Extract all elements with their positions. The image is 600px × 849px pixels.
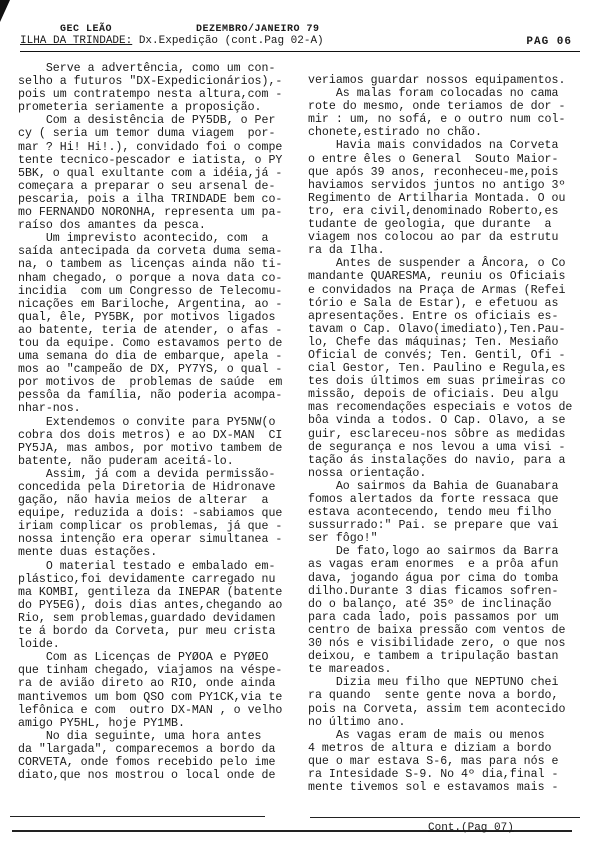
text-line: do PY5EG), dois dias antes,chegando ao: [18, 599, 296, 612]
text-line: Dizia meu filho que NEPTUNO chei: [308, 676, 598, 689]
article-subtitle: Dx.Expedição (cont.Pag 02-A): [132, 35, 323, 47]
text-line: nossa intenção era operar simultanea -: [18, 533, 296, 546]
text-line: lo, Chefe das máquinas; Ten. Mesiaño: [308, 336, 598, 349]
text-line: mente tivemos sol e estavamos mais -: [308, 781, 598, 794]
text-line: que tinham chegado, viajamos na véspe-: [18, 664, 296, 677]
text-line: 30 nós e visibilidade zero, o que nos: [308, 637, 598, 650]
text-line: na, o tambem as licenças ainda não ti-: [18, 258, 296, 271]
text-line: chonete,estirado no chão.: [308, 126, 598, 139]
text-line: mantivemos um bom QSO com PY1CK,via te: [18, 691, 296, 704]
text-line: nicações em Bariloche, Argentina, ao -: [18, 298, 296, 311]
continuation-note: Cont.(Pag 07): [428, 822, 514, 834]
text-line: cy ( seria um temor duma viagem por-: [18, 127, 296, 140]
issue-date: DEZEMBRO/JANEIRO 79: [196, 24, 320, 35]
text-line: começara a preparar o seu arsenal de-: [18, 180, 296, 193]
text-line: De fato,logo ao sairmos da Barra: [308, 545, 598, 558]
text-line: O material testado e embalado em-: [18, 560, 296, 573]
text-line: 4 metros de altura e diziam a bordo: [308, 742, 598, 755]
text-line: tes dois últimos em suas primeiras co: [308, 375, 598, 388]
text-line: que o mar estava S-6, mas para nós e: [308, 755, 598, 768]
text-line: as vagas eram enormes e a prôa afun: [308, 558, 598, 571]
text-line: nham chegado, o porque a nova data co-: [18, 272, 296, 285]
text-line: Regimento de Artilharia Montada. O ou: [308, 192, 598, 205]
text-line: selho a futuros "DX-Expedicionários),-: [18, 75, 296, 88]
text-line: mar ? Hi! Hi!.), convidado foi o compe: [18, 141, 296, 154]
text-line: o entre êles o General Souto Maior-: [308, 153, 598, 166]
text-line: Extendemos o convite para PY5NW(o: [18, 416, 296, 429]
text-line: guir, esclareceu-nos sôbre as medidas: [308, 428, 598, 441]
text-line: prometeria seriamente a proposição.: [18, 101, 296, 114]
text-line: tro, era civil,denominado Roberto,es: [308, 205, 598, 218]
text-line: nhar-nos.: [18, 402, 296, 415]
text-line: Antes de suspender a Âncora, o Co: [308, 257, 598, 270]
text-line: Com a desistência de PY5DB, o Per: [18, 114, 296, 127]
text-line: tudante de geologia, que durante a: [308, 218, 598, 231]
text-line: viagem nos colocou ao par da estrutu: [308, 231, 598, 244]
text-line: qual, êle, PY5BK, por motivos ligados: [18, 311, 296, 324]
text-line: Um imprevisto acontecido, com a: [18, 232, 296, 245]
text-line: amigo PY5HL, hoje PY1MB.: [18, 717, 296, 730]
text-line: Serve a advertência, como um con-: [18, 62, 296, 75]
text-line: sussurrado:" Pai. se prepare que vai: [308, 519, 598, 532]
text-line: ra de avião direto ao RIO, onde ainda: [18, 677, 296, 690]
publication-name: GEC LEÃO: [60, 24, 112, 35]
text-line: equipe, reduzida a dois: -sabiamos que: [18, 507, 296, 520]
text-line: incidia com um Congresso de Telecomu-: [18, 285, 296, 298]
text-line: tou da equipe. Como estavamos perto de: [18, 337, 296, 350]
text-line: haviamos servidos juntos no antigo 3º: [308, 179, 598, 192]
text-line: veriamos guardar nossos equipamentos.: [308, 74, 598, 87]
text-line: do o balanço, até 35º de inclinação: [308, 598, 598, 611]
text-line: ra da Ilha.: [308, 244, 598, 257]
page-number: PAG 06: [526, 36, 572, 48]
text-line: Rio, sem problemas,guardado devidamen: [18, 612, 296, 625]
text-line: nossa orientação.: [308, 467, 598, 480]
text-line: Havia mais convidados na Corveta: [308, 139, 598, 152]
text-line: iriam complicar os problemas, já que -: [18, 520, 296, 533]
text-line: por motivos de problemas de saúde em: [18, 376, 296, 389]
text-line: tório e Sala de Estar), e efetuou as: [308, 297, 598, 310]
text-line: tente tecnico-pescador e iatista, o PY: [18, 154, 296, 167]
section-title: ILHA DA TRINDADE:: [20, 35, 132, 47]
text-line: raíso dos amantes da pesca.: [18, 219, 296, 232]
text-line: ser fôgo!": [308, 532, 598, 545]
text-line: deixou, e tambem a tripulação bastan: [308, 650, 598, 663]
text-line: no último ano.: [308, 716, 598, 729]
text-line: missão, depois de oficiais. Deu algu: [308, 388, 598, 401]
text-line: mente duas estações.: [18, 546, 296, 559]
text-line: cial Gestor, Ten. Paulino e Regula,es: [308, 362, 598, 375]
text-line: e convidados na Praça de Armas (Refei: [308, 284, 598, 297]
text-line: Assim, já com a devida permissão-: [18, 468, 296, 481]
text-line: No dia seguinte, uma hora antes: [18, 730, 296, 743]
text-line: Oficial de convés; Ten. Gentil, Ofi -: [308, 349, 598, 362]
text-line: Ao sairmos da Bahia de Guanabara: [308, 480, 598, 493]
text-line: loide.: [18, 638, 296, 651]
text-line: pessôa da família, não poderia acompa-: [18, 389, 296, 402]
text-line: da "largada", comparecemos a bordo da: [18, 743, 296, 756]
text-line: fomos alertados da forte ressaca que: [308, 493, 598, 506]
text-line: tação ás instalações do navio, para a: [308, 454, 598, 467]
text-line: que após 39 anos, reconheceu-me,pois: [308, 166, 598, 179]
text-line: 5BK, o qual exultante com a idéia,já -: [18, 167, 296, 180]
article-header: ILHA DA TRINDADE: Dx.Expedição (cont.Pag…: [20, 35, 580, 52]
text-line: bôa vinda a todos. O Cap. Olavo, a se: [308, 414, 598, 427]
text-line: mas recomendações especiais e votos de: [308, 401, 598, 414]
text-line: uma semana do dia de embarque, apela -: [18, 350, 296, 363]
divider-rule: [310, 817, 580, 818]
text-line: mos ao "campeão de DX, PY7YS, o qual -: [18, 363, 296, 376]
text-line: saída antecipada da corveta duma sema-: [18, 245, 296, 258]
text-line: ra Intesidade S-9. No 4º dia,final -: [308, 768, 598, 781]
right-column: veriamos guardar nossos equipamentos. As…: [308, 74, 598, 794]
text-line: cobra dos dois metros) e ao DX-MAN CI: [18, 429, 296, 442]
left-column: Serve a advertência, como um con-selho a…: [18, 62, 296, 782]
text-line: lefônica e com outro DX-MAN , o velho: [18, 704, 296, 717]
text-line: dava, jogando água por cima do tomba: [308, 572, 598, 585]
text-line: batente, não puderam aceitá-lo.: [18, 455, 296, 468]
text-line: CORVETA, onde fomos recebido pelo ime: [18, 756, 296, 769]
text-line: ma KOMBI, gentileza da INEPAR (batente: [18, 586, 296, 599]
text-line: plástico,foi devidamente carregado nu: [18, 573, 296, 586]
text-line: apresentações. Entre os oficiais es-: [308, 310, 598, 323]
text-line: PY5JA, mas ambos, por motivo tambem de: [18, 442, 296, 455]
text-line: Com as Licenças de PYØOA e PYØEO: [18, 651, 296, 664]
text-line: As malas foram colocadas no cama: [308, 87, 598, 100]
scan-corner-mark: [0, 0, 10, 22]
text-line: centro de baixa pressão com ventos de: [308, 624, 598, 637]
text-line: As vagas eram de mais ou menos: [308, 729, 598, 742]
text-line: de segurança e nos levou a uma visi -: [308, 441, 598, 454]
text-line: mir : um, no sofá, e o outro num col-: [308, 113, 598, 126]
text-line: gação, não havia meios de alterar a: [18, 494, 296, 507]
text-line: estava acontecendo, tendo meu filho: [308, 506, 598, 519]
text-line: ra quando sente gente nova a bordo,: [308, 689, 598, 702]
text-line: mo FERNANDO NORONHA, representa um pa-: [18, 206, 296, 219]
text-line: te mareados.: [308, 663, 598, 676]
text-line: para cada lado, pois passamos por um: [308, 611, 598, 624]
divider-rule: [10, 816, 265, 817]
text-line: tavam o Cap. Olavo(imediato),Ten.Pau-: [308, 323, 598, 336]
text-line: te á bordo da Corveta, pur meu crista: [18, 625, 296, 638]
text-line: mandante QUARESMA, reuniu os Oficiais: [308, 270, 598, 283]
text-line: rote do mesmo, onde teriamos de dor -: [308, 100, 598, 113]
text-line: dilho.Durante 3 dias ficamos sofren-: [308, 585, 598, 598]
text-line: concedida pela Diretoria de Hidronave: [18, 481, 296, 494]
text-line: diato,que nos mostrou o local onde de: [18, 769, 296, 782]
text-line: pescaria, pois a ilha TRINDADE bem co-: [18, 193, 296, 206]
text-line: ao batente, teria de atender, o afas -: [18, 324, 296, 337]
text-line: pois um contratempo nesta altura,com -: [18, 88, 296, 101]
text-line: pois na Corveta, assim tem acontecido: [308, 703, 598, 716]
